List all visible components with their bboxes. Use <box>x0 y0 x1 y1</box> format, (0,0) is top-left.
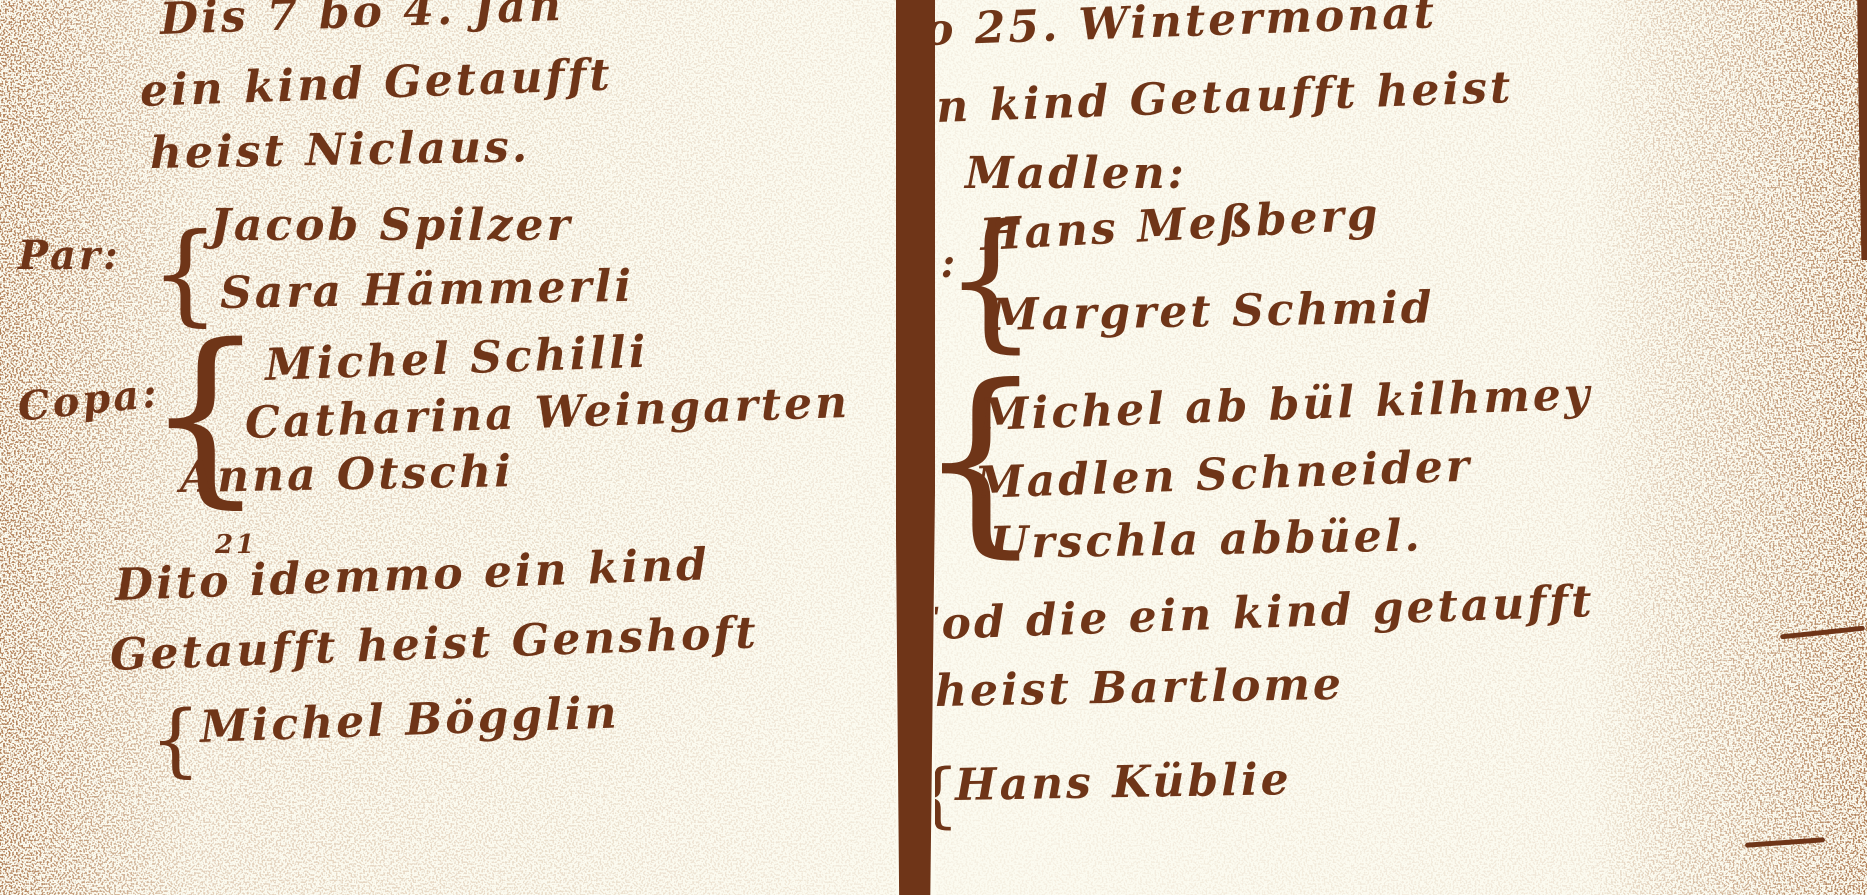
flourish-stroke <box>1780 626 1865 640</box>
entry-line: Ein kind Getaufft heist <box>935 62 1514 135</box>
entry-line: ein kind Getaufft <box>139 50 613 117</box>
entry-line: Getaufft heist Genshoft <box>109 607 759 681</box>
parent-name: Sara Hämmerli <box>220 261 635 319</box>
parent-name: Jacob Spilzer <box>210 200 573 251</box>
godparent-name: Urschla abbüel. <box>990 510 1424 569</box>
entry-heading: Eod die ein kind getaufft <box>935 576 1595 651</box>
parent-name: Margret Schmid <box>990 282 1435 341</box>
parents-label: Par: <box>18 232 121 279</box>
godparents-label: Copa: <box>16 369 162 431</box>
godparent-name: Michel Schilli <box>264 327 649 391</box>
right-page: Dito 25. Wintermonat Ein kind Getaufft h… <box>935 0 1867 895</box>
binding-divider <box>896 0 935 895</box>
entry-line: heist Bartlome <box>935 659 1344 717</box>
parent-name: Hans Küblie <box>955 754 1292 811</box>
entry-heading: Dito 25. Wintermonat <box>935 0 1438 59</box>
brace-icon: { <box>150 700 201 780</box>
left-page: Dis 7 bo 4. Jan ein kind Getaufft heist … <box>0 0 896 895</box>
godparent-name: Michel ab bül kilhmey <box>979 369 1593 441</box>
parent-name: Hans Meßberg <box>979 189 1382 261</box>
entry-child-name: Madlen: <box>965 148 1187 199</box>
parent-name: Michel Bögglin <box>199 687 620 753</box>
page-edge <box>1853 0 1867 260</box>
entry-heading: Dito idemmo ein kind <box>114 539 711 611</box>
entry-child-name: heist Niclaus. <box>150 121 531 179</box>
entry-heading: Dis 7 bo 4. Jan <box>159 0 564 45</box>
godparent-name: Madlen Schneider <box>974 441 1473 509</box>
flourish-stroke <box>1745 837 1825 848</box>
godparent-name: Anna Otschi <box>180 446 515 503</box>
